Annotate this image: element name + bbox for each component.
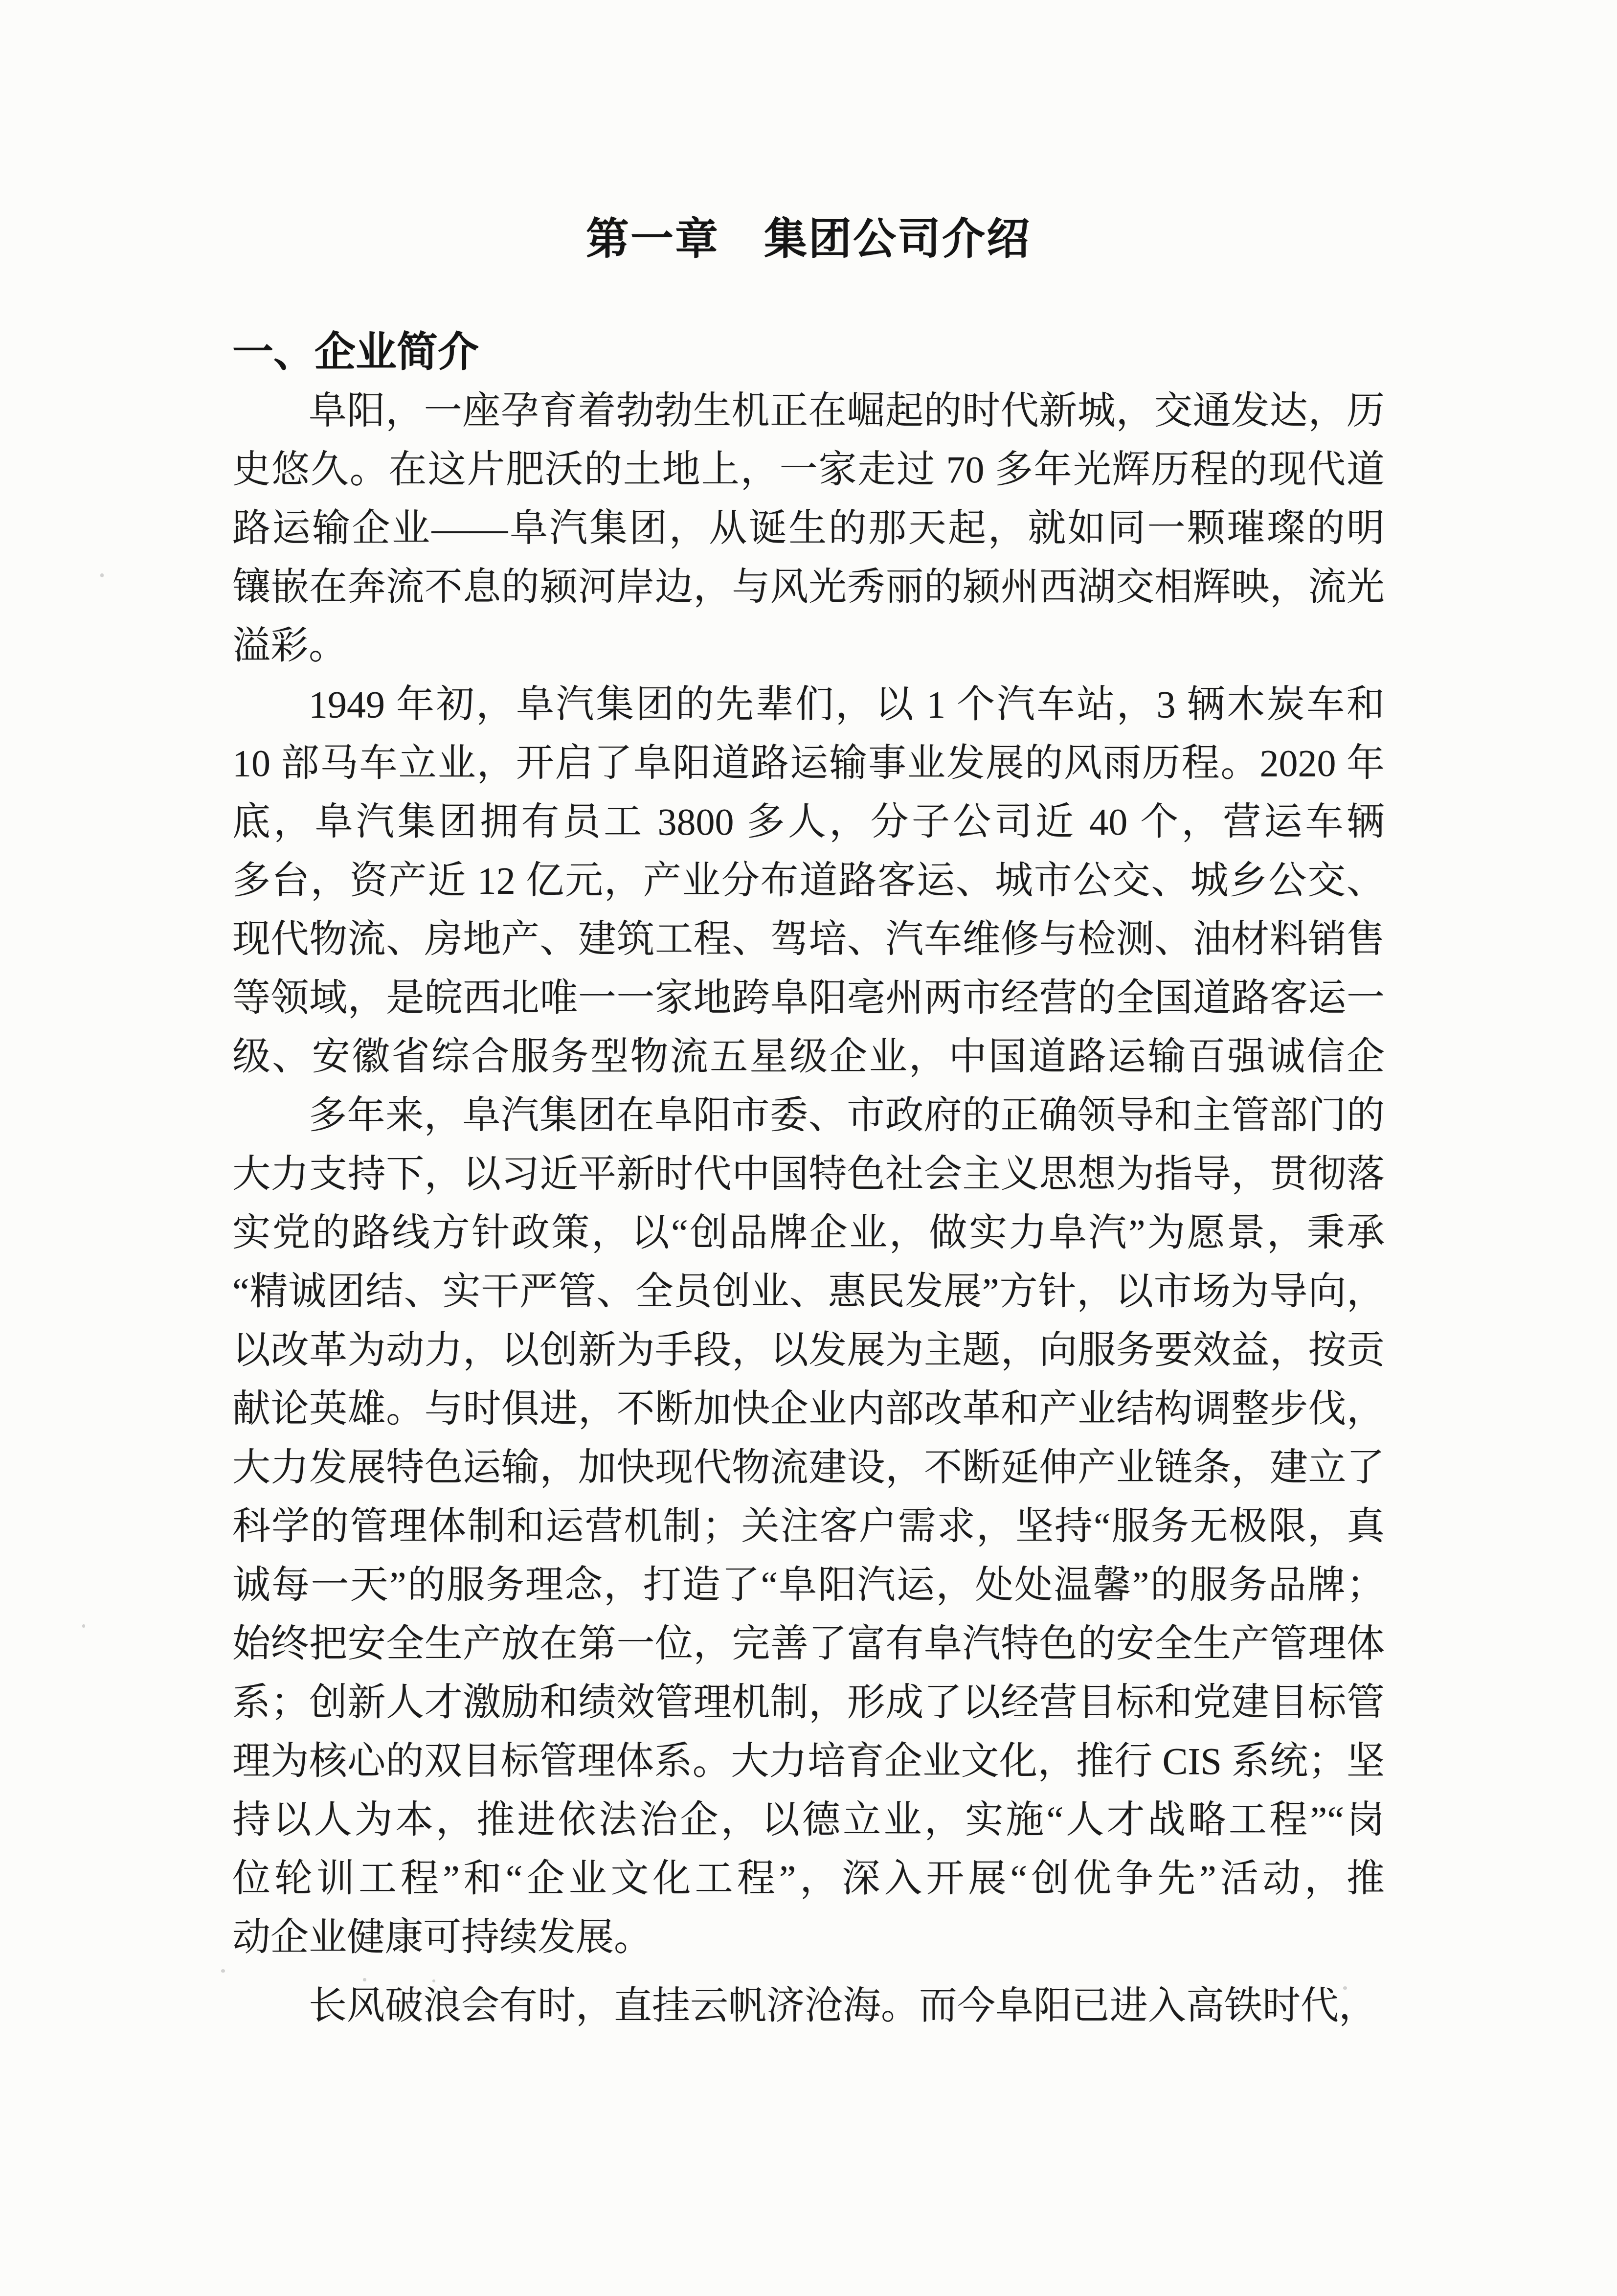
text-line: 镶嵌在奔流不息的颍河岸边，与风光秀丽的颍州西湖交相辉映，流光 xyxy=(232,558,1385,616)
text-line: 位轮训工程”和“企业文化工程”，深入开展“创优争先”活动，推 xyxy=(232,1849,1385,1908)
scan-speck xyxy=(1343,1986,1347,1990)
chapter-title: 第一章 集团公司介绍 xyxy=(0,205,1617,266)
text-line: 持以人为本，推进依法治企，以德立业，实施“人才战略工程”“岗 xyxy=(232,1791,1385,1849)
section-heading: 一、企业简介 xyxy=(232,319,479,378)
paragraph-3: 多年来，阜汽集团在阜阳市委、市政府的正确领导和主管部门的 大力支持下，以习近平新… xyxy=(232,1086,1385,1967)
text-line: 理为核心的双目标管理体系。大力培育企业文化，推行 CIS 系统；坚 xyxy=(232,1732,1385,1791)
text-line: 科学的管理体制和运营机制；关注客户需求，坚持“服务无极限，真 xyxy=(232,1497,1385,1556)
text-line: 大力支持下，以习近平新时代中国特色社会主义思想为指导，贯彻落 xyxy=(232,1145,1385,1204)
paragraph-1: 阜阳，一座孕育着勃勃生机正在崛起的时代新城，交通发达，历 史悠久。在这片肥沃的土… xyxy=(232,382,1385,675)
text-line: 路运输企业——阜汽集团，从诞生的那天起，就如同一颗璀璨的明珠， xyxy=(232,499,1385,558)
text-line: 阜阳，一座孕育着勃勃生机正在崛起的时代新城，交通发达，历 xyxy=(232,382,1385,440)
text-line: 溢彩。 xyxy=(232,616,1385,675)
text-line: 1949 年初，阜汽集团的先辈们，以 1 个汽车站，3 辆木炭车和 xyxy=(232,675,1385,734)
text-line: 始终把安全生产放在第一位，完善了富有阜汽特色的安全生产管理体 xyxy=(232,1614,1385,1673)
text-line: 长风破浪会有时，直挂云帆济沧海。而今阜阳已进入高铁时代， xyxy=(232,1977,1385,2035)
text-line: 多年来，阜汽集团在阜阳市委、市政府的正确领导和主管部门的 xyxy=(232,1086,1385,1145)
text-line: 实党的路线方针政策，以“创品牌企业，做实力阜汽”为愿景，秉承 xyxy=(232,1204,1385,1262)
text-line: 以改革为动力，以创新为手段，以发展为主题，向服务要效益，按贡 xyxy=(232,1321,1385,1380)
scan-speck xyxy=(432,1979,435,1982)
scanned-document-page: 第一章 集团公司介绍 一、企业简介 阜阳，一座孕育着勃勃生机正在崛起的时代新城，… xyxy=(0,0,1617,2296)
paragraph-4: 长风破浪会有时，直挂云帆济沧海。而今阜阳已进入高铁时代， xyxy=(232,1977,1385,2035)
text-line: 等领域，是皖西北唯一一家地跨阜阳亳州两市经营的全国道路客运一 xyxy=(232,969,1385,1027)
text-line: 多台，资产近 12 亿元，产业分布道路客运、城市公交、城乡公交、 xyxy=(232,851,1385,910)
text-line: 献论英雄。与时俱进，不断加快企业内部改革和产业结构调整步伐， xyxy=(232,1380,1385,1438)
scan-speck xyxy=(100,573,104,577)
text-line: 诚每一天”的服务理念，打造了“阜阳汽运，处处温馨”的服务品牌； xyxy=(232,1556,1385,1614)
text-line: 级、安徽省综合服务型物流五星级企业，中国道路运输百强诚信企业。 xyxy=(232,1027,1385,1086)
scan-speck xyxy=(82,1624,85,1628)
text-line: 底，阜汽集团拥有员工 3800 多人，分子公司近 40 个，营运车辆 3000 xyxy=(232,793,1385,851)
paragraph-2: 1949 年初，阜汽集团的先辈们，以 1 个汽车站，3 辆木炭车和 10 部马车… xyxy=(232,675,1385,1086)
text-line: 10 部马车立业，开启了阜阳道路运输事业发展的风雨历程。2020 年 xyxy=(232,734,1385,793)
document-body: 阜阳，一座孕育着勃勃生机正在崛起的时代新城，交通发达，历 史悠久。在这片肥沃的土… xyxy=(232,382,1385,2035)
scan-speck xyxy=(363,1978,366,1981)
text-line: 动企业健康可持续发展。 xyxy=(232,1908,1385,1967)
text-line: 史悠久。在这片肥沃的土地上，一家走过 70 多年光辉历程的现代道 xyxy=(232,440,1385,499)
text-line: “精诚团结、实干严管、全员创业、惠民发展”方针，以市场为导向， xyxy=(232,1262,1385,1321)
scan-speck xyxy=(221,1969,225,1973)
text-line: 现代物流、房地产、建筑工程、驾培、汽车维修与检测、油材料销售 xyxy=(232,910,1385,969)
text-line: 大力发展特色运输，加快现代物流建设，不断延伸产业链条，建立了 xyxy=(232,1438,1385,1497)
text-line: 系；创新人才激励和绩效管理机制，形成了以经营目标和党建目标管 xyxy=(232,1673,1385,1732)
